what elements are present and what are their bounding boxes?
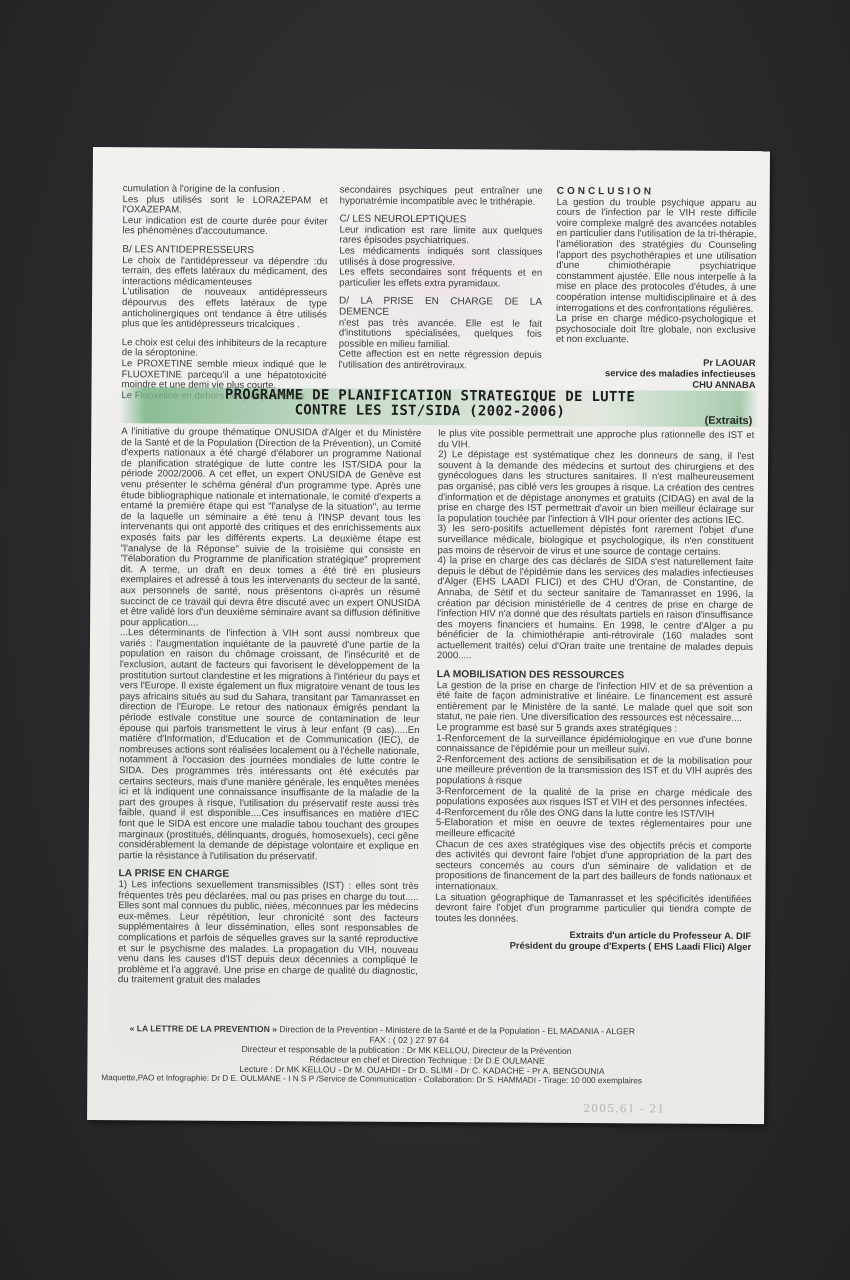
paragraph: 1) Les infections sexuellement transmiss… — [118, 880, 419, 988]
signature-line: Président du groupe d'Experts ( EHS Laad… — [435, 939, 751, 952]
paragraph: Leur indication est rare limite aux quel… — [339, 225, 542, 247]
top-column-3: CONCLUSION La gestion du trouble psychiq… — [556, 187, 757, 390]
paragraph: La situation géographique de Tamanrasset… — [435, 893, 751, 927]
author-signature-dif: Extraits d'un article du Professeur A. D… — [435, 928, 751, 952]
list-item: 2-Renforcement des actions de sensibilis… — [436, 755, 752, 789]
paragraph: 4) la prise en charge des cas déclarés d… — [437, 556, 754, 664]
paragraph: Les médicaments indiqués sont classiques… — [339, 246, 542, 268]
publication-name: « LA LETTRE DE LA PREVENTION » — [130, 1023, 277, 1034]
paragraph: A l'initiative du groupe thématique ONUS… — [120, 427, 421, 630]
paragraph: La gestion du trouble psychique apparu a… — [556, 197, 757, 315]
top-column-1: cumulation à l'origine de la confusion .… — [121, 184, 327, 403]
article-title: PROGRAMME DE PLANIFICATION STRATEGIQUE D… — [91, 387, 768, 421]
article-subtitle: (Extraits) — [705, 415, 753, 427]
handwritten-archive-note: 2005.61 - 21 — [583, 1102, 665, 1116]
section-heading-demence: D/ LA PRISE EN CHARGE DE LA DEMENCE — [339, 297, 542, 319]
article-column-right: le plus vite possible permettrait une ap… — [435, 429, 754, 952]
article-column-left: A l'initiative du groupe thématique ONUS… — [118, 427, 421, 988]
list-item: 1-Renforcement de la surveillance épidém… — [436, 734, 752, 757]
paragraph: Le choix est celui des inhibiteurs de la… — [122, 338, 327, 360]
paragraph: La gestion de la prise en charge de l'in… — [436, 681, 752, 725]
top-column-2: secondaires psychiques peut entraîner un… — [339, 186, 543, 373]
publication-footer: « LA LETTRE DE LA PREVENTION » Direction… — [101, 1023, 751, 1087]
document-page: cumulation à l'origine de la confusion .… — [87, 147, 770, 1124]
paragraph: Le choix de l'antidépresseur va dépendre… — [122, 256, 327, 289]
paragraph: Les effets secondaires sont fréquents et… — [339, 268, 542, 290]
paragraph: L'utilisation de nouveaux antidépresseur… — [122, 288, 327, 332]
paragraph: 3) les sero-positifs actuellement dépist… — [438, 524, 754, 558]
paragraph: ...Les déterminants de l'infection à VIH… — [119, 628, 420, 863]
paragraph: Les plus utilisés sont le LORAZEPAM et l… — [123, 195, 328, 217]
paragraph: La prise en charge médico-psychologique … — [556, 314, 756, 347]
paragraph: Chacun de ces axes stratégiques vise des… — [435, 840, 751, 895]
paragraph: n'est pas très avancée. Elle est le fait… — [339, 318, 542, 351]
paragraph: Leur indication est de courte durée pour… — [122, 216, 327, 238]
paragraph: Cette affection est en nette régression … — [339, 350, 542, 372]
paragraph: 2) Le dépistage est systématique chez le… — [438, 450, 754, 526]
list-item: 3-Renforcement de la qualité de la prise… — [436, 787, 752, 810]
author-signature-laouar: Pr LAOUAR service des maladies infectieu… — [556, 356, 756, 390]
list-item: 5-Elaboration et mise en oeuvre de texte… — [436, 818, 752, 841]
paragraph: secondaires psychiques peut entraîner un… — [340, 186, 543, 208]
